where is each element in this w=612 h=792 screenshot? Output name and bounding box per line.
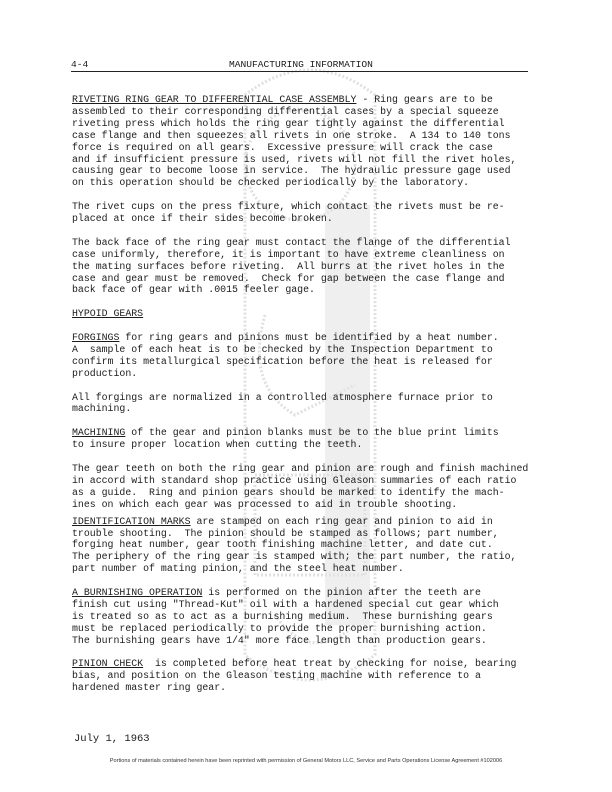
paragraph-text: of the gear and pinion blanks must be to… (125, 427, 498, 438)
text-line: The gear teeth on both the ring gear and… (72, 463, 542, 475)
text-line: case uniformly, therefore, it is importa… (72, 249, 542, 261)
paragraph: MACHINING of the gear and pinion blanks … (72, 427, 542, 451)
document-body: RIVETING RING GEAR TO DIFFERENTIAL CASE … (72, 94, 542, 706)
text-line: the mating surfaces before riveting. All… (72, 261, 542, 273)
text-line: The burnishing gears have 1/4" more face… (72, 635, 542, 647)
paragraph-text: for ring gears and pinions must be ident… (119, 332, 498, 343)
paragraph: The gear teeth on both the ring gear and… (72, 463, 542, 511)
paragraph-text: is performed on the pinion after the tee… (202, 587, 481, 598)
text-line: RIVETING RING GEAR TO DIFFERENTIAL CASE … (72, 94, 542, 106)
text-line: FORGINGS for ring gears and pinions must… (72, 332, 542, 344)
text-line: machining. (72, 403, 542, 415)
text-line: The periphery of the ring gear is stampe… (72, 551, 542, 563)
page-number: 4-4 (71, 58, 88, 71)
text-line: must be replaced periodically to provide… (72, 623, 542, 635)
page-header: 4-4 MANUFACTURING INFORMATION (71, 58, 528, 72)
paragraph-heading: A BURNISHING OPERATION (72, 587, 202, 598)
text-line: riveting press which holds the ring gear… (72, 118, 542, 130)
text-line: IDENTIFICATION MARKS are stamped on each… (72, 516, 542, 528)
text-line: to insure proper location when cutting t… (72, 439, 542, 451)
paragraph: A BURNISHING OPERATION is performed on t… (72, 587, 542, 647)
paragraph-text: is completed before heat treat by checki… (143, 658, 516, 669)
text-line: production. (72, 368, 542, 380)
text-line: finish cut using "Thread-Kut" oil with a… (72, 599, 542, 611)
paragraph-text: - Ring gears are to be (356, 94, 492, 105)
text-line: case and gear must be removed. Check for… (72, 273, 542, 285)
text-line: back face of gear with .0015 feeler gage… (72, 284, 542, 296)
text-line: force is required on all gears. Excessiv… (72, 142, 542, 154)
text-line: hardened master ring gear. (72, 682, 542, 694)
text-line: PINION CHECK is completed before heat tr… (72, 658, 542, 670)
text-line: trouble shooting. The pinion should be s… (72, 528, 542, 540)
text-line: is treated so as to act as a burnishing … (72, 611, 542, 623)
text-line: case flange and then squeezes all rivets… (72, 130, 542, 142)
section-heading: HYPOID GEARS (72, 308, 542, 320)
text-line: part number of mating pinion, and the st… (72, 563, 542, 575)
text-line: causing gear to become loose in service.… (72, 165, 542, 177)
text-line: A sample of each heat is to be checked b… (72, 344, 542, 356)
text-line: as a guide. Ring and pinion gears should… (72, 487, 542, 499)
text-line: in accord with standard shop practice us… (72, 475, 542, 487)
paragraph: HYPOID GEARS (72, 308, 542, 320)
text-line: and if insufficient pressure is used, ri… (72, 154, 542, 166)
text-line: The rivet cups on the press fixture, whi… (72, 201, 542, 213)
paragraph-heading: FORGINGS (72, 332, 119, 343)
paragraph: RIVETING RING GEAR TO DIFFERENTIAL CASE … (72, 94, 542, 189)
text-line: ines on which each gear was processed to… (72, 499, 542, 511)
document-date: July 1, 1963 (74, 733, 150, 745)
paragraph: The rivet cups on the press fixture, whi… (72, 201, 542, 225)
text-line: The back face of the ring gear must cont… (72, 237, 542, 249)
paragraph: PINION CHECK is completed before heat tr… (72, 658, 542, 694)
paragraph: All forgings are normalized in a control… (72, 392, 542, 416)
text-line: All forgings are normalized in a control… (72, 392, 542, 404)
document-page: 4-4 MANUFACTURING INFORMATION RIVETING R… (0, 0, 612, 792)
text-line: forging heat number, gear tooth finishin… (72, 539, 542, 551)
paragraph: The back face of the ring gear must cont… (72, 237, 542, 297)
text-line: bias, and position on the Gleason testin… (72, 670, 542, 682)
paragraph-heading: MACHINING (72, 427, 125, 438)
text-line: on this operation should be checked peri… (72, 177, 542, 189)
paragraph-heading: RIVETING RING GEAR TO DIFFERENTIAL CASE … (72, 94, 356, 105)
text-line: MACHINING of the gear and pinion blanks … (72, 427, 542, 439)
paragraph: IDENTIFICATION MARKS are stamped on each… (72, 516, 542, 576)
paragraph-heading: PINION CHECK (72, 658, 143, 669)
text-line: A BURNISHING OPERATION is performed on t… (72, 587, 542, 599)
text-line: placed at once if their sides become bro… (72, 213, 542, 225)
text-line: confirm its metallurgical specification … (72, 356, 542, 368)
page-title: MANUFACTURING INFORMATION (229, 58, 373, 71)
copyright-footer: Portions of materials contained herein h… (0, 758, 612, 764)
paragraph: FORGINGS for ring gears and pinions must… (72, 332, 542, 380)
paragraph-heading: IDENTIFICATION MARKS (72, 516, 191, 527)
paragraph-text: are stamped on each ring gear and pinion… (191, 516, 493, 527)
text-line: assembled to their corresponding differe… (72, 106, 542, 118)
